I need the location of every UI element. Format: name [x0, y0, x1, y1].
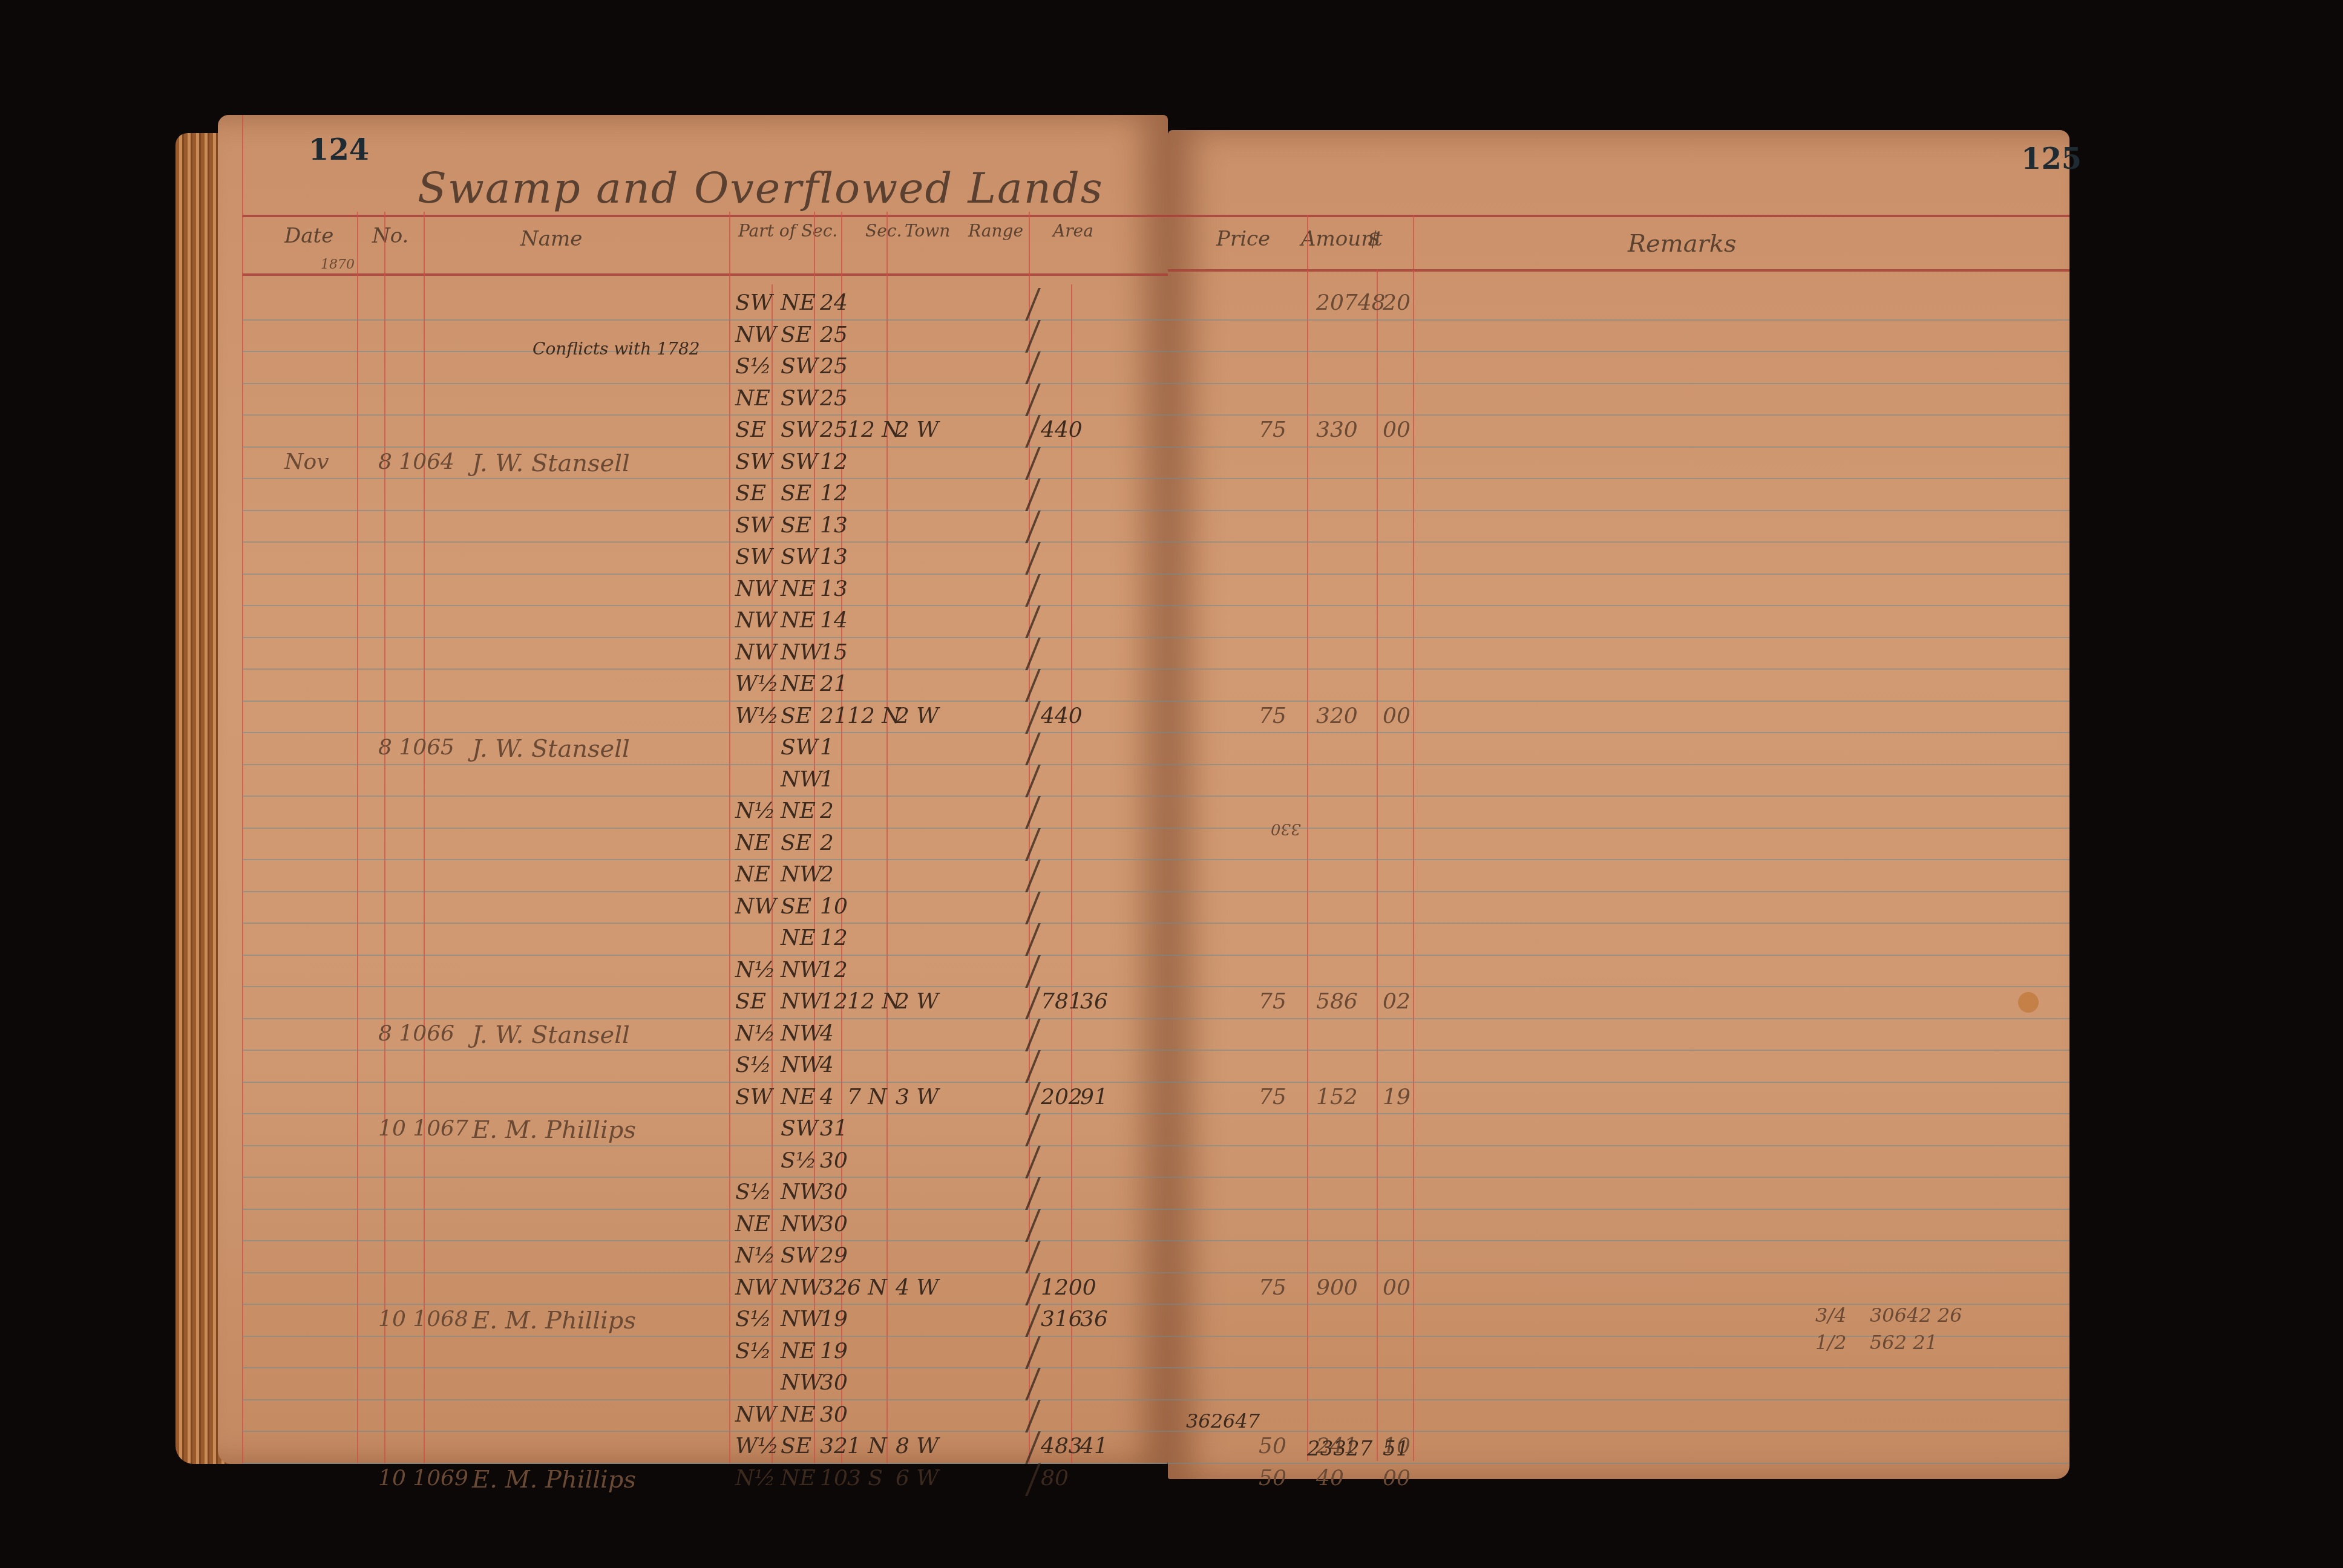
ruled-line	[1168, 1209, 2069, 1210]
header-remarks: Remarks	[1628, 230, 1736, 258]
check-mark-icon	[1025, 320, 1041, 353]
ruled-line	[242, 1272, 1168, 1273]
quarter-cell: NE	[781, 1402, 816, 1427]
area-cell: 781	[1041, 989, 1083, 1014]
amount-cell: 900	[1316, 1275, 1358, 1300]
ruled-line	[242, 891, 1168, 892]
ruled-line	[1168, 701, 2069, 702]
amount-cell: 330	[1316, 417, 1358, 442]
section-cell: 19	[820, 1307, 848, 1331]
part-of-section-cell: SW	[735, 513, 773, 538]
section-cell: 1	[820, 767, 834, 792]
range-cell: 3 W	[896, 1085, 939, 1109]
part-of-section-cell: NW	[735, 577, 777, 601]
cents-cell: 00	[1383, 704, 1411, 728]
check-mark-icon	[1025, 828, 1041, 861]
ruled-line	[1168, 1240, 2069, 1241]
section-cell: 2	[820, 862, 834, 887]
ruled-line	[1168, 1367, 2069, 1368]
quarter-cell: SW	[781, 449, 818, 474]
part-of-section-cell: SW	[735, 449, 773, 474]
ruled-line	[242, 446, 1168, 448]
ruled-line	[1168, 955, 2069, 956]
ruled-line	[1168, 414, 2069, 416]
quarter-cell: NW	[781, 989, 822, 1014]
part-of-section-cell: NE	[735, 831, 770, 855]
section-cell: 12	[820, 481, 848, 506]
section-cell: 32	[820, 1275, 848, 1300]
quarter-cell: NE	[781, 290, 816, 315]
price-cell: 75	[1259, 704, 1286, 728]
range-cell: 2 W	[896, 989, 939, 1014]
quarter-cell: NW	[781, 1180, 822, 1204]
ruled-line	[1168, 1463, 2069, 1464]
ruled-line	[242, 319, 1168, 321]
area-cell: 483	[1041, 1434, 1083, 1459]
check-mark-icon	[1025, 892, 1041, 924]
section-cell: 30	[820, 1402, 848, 1427]
check-mark-icon	[1025, 638, 1041, 670]
section-cell: 13	[820, 513, 848, 538]
part-of-section-cell: S½	[735, 1339, 772, 1364]
check-mark-icon	[1025, 987, 1041, 1019]
ruled-line	[1168, 1145, 2069, 1146]
section-cell: 2	[820, 831, 834, 855]
section-cell: 29	[820, 1243, 848, 1268]
ruled-line	[242, 1367, 1168, 1368]
ledger-title: Swamp and Overflowed Lands	[418, 163, 1104, 213]
ruled-line	[242, 668, 1168, 670]
ruled-line	[242, 1399, 1168, 1400]
section-cell: 4	[820, 1085, 834, 1109]
ruled-line	[1168, 1431, 2069, 1432]
name-cell: J. W. Stansell	[472, 735, 630, 763]
ruled-line	[242, 701, 1168, 702]
check-mark-icon	[1025, 288, 1041, 321]
quarter-cell: SW	[781, 544, 818, 569]
check-mark-icon	[1025, 384, 1041, 416]
section-cell: 10	[820, 1466, 848, 1491]
section-cell: 12	[820, 926, 848, 950]
date-cell: Nov	[284, 449, 329, 474]
ruled-line	[242, 1463, 1168, 1464]
part-of-section-cell: NE	[735, 386, 770, 411]
part-of-section-cell: NW	[735, 894, 777, 919]
ruled-line	[242, 1177, 1168, 1178]
page-number-right: 125	[2021, 142, 2082, 176]
quarter-cell: SE	[781, 481, 811, 506]
ruled-line	[1168, 891, 2069, 892]
ruled-line	[242, 541, 1168, 543]
ruled-line	[242, 1304, 1168, 1305]
town-cell: 12 N	[847, 989, 901, 1014]
check-mark-icon	[1025, 733, 1041, 765]
part-of-section-cell: SE	[735, 989, 766, 1014]
ruled-line	[1168, 541, 2069, 543]
quarter-cell: NE	[781, 926, 816, 950]
ruled-line	[1168, 668, 2069, 670]
grand-total-cents: 51	[1383, 1437, 1409, 1461]
section-cell: 25	[820, 417, 848, 442]
range-cell: 6 W	[896, 1466, 939, 1491]
left-page: 124 Swamp and Overflowed Lands Date No. …	[218, 115, 1168, 1464]
town-cell: 12 N	[847, 704, 901, 728]
column-divider	[1307, 215, 1308, 1461]
amount-cell: 152	[1316, 1085, 1358, 1109]
ruled-line	[242, 1113, 1168, 1114]
quarter-cell: NW	[781, 1212, 822, 1236]
cents-cell: 20	[1383, 290, 1411, 315]
quarter-cell: NE	[781, 1339, 816, 1364]
area-fraction-cell: 91	[1080, 1085, 1108, 1109]
part-of-section-cell: W½	[735, 671, 779, 696]
quarter-cell: SW	[781, 354, 818, 379]
check-mark-icon	[1025, 447, 1041, 480]
check-mark-icon	[1025, 1209, 1041, 1242]
quarter-cell: NE	[781, 799, 816, 823]
ruled-line	[242, 986, 1168, 987]
check-mark-icon	[1025, 351, 1041, 384]
check-mark-icon	[1025, 1050, 1041, 1083]
ruled-line	[242, 923, 1168, 924]
remark-fraction-1: 3/4	[1815, 1304, 1847, 1327]
check-mark-icon	[1025, 1431, 1041, 1464]
ruled-line	[242, 795, 1168, 797]
ruled-line	[1168, 764, 2069, 765]
conflict-note: Conflicts with 1782	[532, 339, 700, 359]
ruled-line	[1168, 510, 2069, 511]
quarter-cell: SW	[781, 735, 818, 760]
part-of-section-cell: SE	[735, 481, 766, 506]
part-of-section-cell: S½	[735, 354, 772, 379]
quarter-cell: SW	[781, 417, 818, 442]
quarter-cell: NE	[781, 577, 816, 601]
section-cell: 10	[820, 894, 848, 919]
quarter-cell: NE	[781, 1085, 816, 1109]
ruled-line	[1168, 986, 2069, 987]
name-cell: J. W. Stansell	[472, 1021, 630, 1049]
check-mark-icon	[1025, 1273, 1041, 1305]
quarter-cell: SW	[781, 1116, 818, 1141]
quarter-cell: NE	[781, 608, 816, 633]
header-sec: Sec.	[865, 221, 902, 241]
quarter-cell: NW	[781, 1021, 822, 1046]
quarter-cell: S½	[781, 1148, 817, 1173]
right-page: 125 Price Amount $ Remarks 2074820753300…	[1168, 130, 2069, 1479]
ruled-line	[242, 351, 1168, 352]
ruled-line	[1168, 795, 2069, 797]
ruled-line	[242, 1240, 1168, 1241]
header-no: No.	[372, 224, 408, 248]
ruled-line	[1168, 1399, 2069, 1400]
check-mark-icon	[1025, 606, 1041, 638]
quarter-cell: NW	[781, 1307, 822, 1331]
column-divider	[424, 212, 425, 1464]
part-of-section-cell: NW	[735, 322, 777, 347]
ruled-line	[242, 1336, 1168, 1337]
ruled-line	[242, 478, 1168, 479]
range-cell: 2 W	[896, 704, 939, 728]
area-fraction-cell: 41	[1080, 1434, 1108, 1459]
ruled-line	[242, 510, 1168, 511]
header-cents: $	[1368, 227, 1381, 251]
part-of-section-cell: W½	[735, 704, 779, 728]
header-price: Price	[1216, 227, 1270, 251]
check-mark-icon	[1025, 1114, 1041, 1146]
check-mark-icon	[1025, 1400, 1041, 1432]
ruled-line	[242, 605, 1168, 606]
quarter-cell: NE	[781, 671, 816, 696]
area-cell: 202	[1041, 1085, 1083, 1109]
entry-number-cell: 8 1066	[378, 1021, 454, 1046]
part-of-section-cell: NE	[735, 862, 770, 887]
column-divider	[357, 212, 358, 1464]
section-cell: 30	[820, 1180, 848, 1204]
ruled-line	[1168, 923, 2069, 924]
ruled-line	[242, 1145, 1168, 1146]
part-of-section-cell: S½	[735, 1053, 772, 1077]
header-name: Name	[520, 227, 582, 251]
check-mark-icon	[1025, 701, 1041, 734]
ruled-line	[242, 414, 1168, 416]
section-cell: 32	[820, 1434, 848, 1459]
section-cell: 1	[820, 735, 834, 760]
ruled-line	[1168, 828, 2069, 829]
section-cell: 13	[820, 577, 848, 601]
check-mark-icon	[1025, 542, 1041, 575]
section-cell: 30	[820, 1212, 848, 1236]
section-cell: 13	[820, 544, 848, 569]
part-of-section-cell: NW	[735, 1402, 777, 1427]
part-of-section-cell: N½	[735, 1466, 775, 1491]
town-cell: 1 N	[847, 1434, 887, 1459]
amount-cell: 586	[1316, 989, 1358, 1014]
ruled-line	[1168, 859, 2069, 860]
check-mark-icon	[1025, 574, 1041, 607]
name-cell: E. M. Phillips	[472, 1116, 636, 1144]
part-of-section-cell: NE	[735, 1212, 770, 1236]
entry-number-cell: 10 1068	[378, 1307, 468, 1331]
area-cell: 440	[1041, 704, 1083, 728]
part-of-section-cell: NW	[735, 608, 777, 633]
ruled-line	[242, 383, 1168, 384]
check-mark-icon	[1025, 923, 1041, 956]
ruled-line	[242, 1050, 1168, 1051]
ruled-line	[242, 1018, 1168, 1019]
area-cell: 1200	[1041, 1275, 1096, 1300]
ruled-line	[242, 828, 1168, 829]
check-mark-icon	[1025, 1177, 1041, 1210]
entry-number-cell: 8 1064	[378, 449, 454, 474]
section-cell: 25	[820, 386, 848, 411]
ruled-line	[1168, 573, 2069, 575]
ruled-line	[242, 1082, 1168, 1083]
part-of-section-cell: NW	[735, 1275, 777, 1300]
header-top-rule	[1168, 215, 2069, 217]
section-cell: 30	[820, 1370, 848, 1395]
margin-line	[242, 115, 243, 1464]
price-cell: 75	[1259, 1275, 1286, 1300]
entry-number-cell: 10 1069	[378, 1466, 468, 1491]
check-mark-icon	[1025, 1146, 1041, 1178]
remark-fraction-2: 1/2	[1815, 1331, 1847, 1354]
quarter-cell: SE	[781, 513, 811, 538]
part-of-section-cell: N½	[735, 958, 775, 982]
area-cell: 80	[1041, 1466, 1069, 1491]
ruled-line	[1168, 605, 2069, 606]
column-divider	[384, 212, 385, 1464]
header-bottom-rule	[1168, 269, 2069, 272]
ruled-line	[1168, 1177, 2069, 1178]
price-cell: 75	[1259, 1085, 1286, 1109]
year-note: 1870	[321, 257, 355, 272]
ruled-line	[242, 764, 1168, 765]
ruled-line	[242, 573, 1168, 575]
section-cell: 4	[820, 1053, 834, 1077]
column-divider	[1413, 215, 1414, 1461]
ruled-line	[1168, 478, 2069, 479]
town-cell: 3 S	[847, 1466, 883, 1491]
quarter-cell: SE	[781, 322, 811, 347]
name-cell: J. W. Stansell	[472, 449, 630, 477]
check-mark-icon	[1025, 860, 1041, 892]
check-mark-icon	[1025, 1463, 1041, 1496]
price-cell: 50	[1259, 1466, 1286, 1491]
header-part-of-sec: Part of Sec.	[738, 221, 837, 241]
ruled-line	[242, 637, 1168, 638]
check-mark-icon	[1025, 511, 1041, 543]
part-of-section-cell: W½	[735, 1434, 779, 1459]
cents-cell: 00	[1383, 417, 1411, 442]
part-of-section-cell: SW	[735, 544, 773, 569]
part-of-section-cell: N½	[735, 1021, 775, 1046]
remark-value-2: 562 21	[1870, 1331, 1938, 1354]
cents-cell: 19	[1383, 1085, 1411, 1109]
quarter-cell: NE	[781, 1466, 816, 1491]
grand-total: 23327	[1307, 1437, 1372, 1461]
part-of-section-cell: N½	[735, 1243, 775, 1268]
area-cell: 440	[1041, 417, 1083, 442]
part-of-section-cell: S½	[735, 1180, 772, 1204]
ruled-line	[1168, 351, 2069, 352]
section-cell: 12	[820, 449, 848, 474]
section-cell: 12	[820, 958, 848, 982]
quarter-cell: SE	[781, 894, 811, 919]
quarter-cell: NW	[781, 640, 822, 665]
check-mark-icon	[1025, 669, 1041, 702]
section-cell: 25	[820, 322, 848, 347]
section-cell: 12	[820, 989, 848, 1014]
price-cell: 75	[1259, 989, 1286, 1014]
section-cell: 4	[820, 1021, 834, 1046]
ruled-line	[242, 859, 1168, 860]
ruled-line	[1168, 1050, 2069, 1051]
check-mark-icon	[1025, 1241, 1041, 1273]
check-mark-icon	[1025, 1368, 1041, 1400]
check-mark-icon	[1025, 1019, 1041, 1051]
section-cell: 21	[820, 671, 848, 696]
section-cell: 24	[820, 290, 848, 315]
paper-stain	[2018, 992, 2039, 1013]
header-range: Range	[968, 221, 1023, 241]
part-of-section-cell: SW	[735, 1085, 773, 1109]
section-cell: 14	[820, 608, 848, 633]
section-cell: 21	[820, 704, 848, 728]
section-cell: 2	[820, 799, 834, 823]
town-cell: 12 N	[847, 417, 901, 442]
ruled-line	[1168, 1113, 2069, 1114]
quarter-cell: NW	[781, 1053, 822, 1077]
header-area: Area	[1053, 221, 1093, 241]
section-cell: 19	[820, 1339, 848, 1364]
page-number-left: 124	[309, 133, 369, 167]
entry-number-cell: 8 1065	[378, 735, 454, 760]
check-mark-icon	[1025, 765, 1041, 797]
part-of-section-cell: NW	[735, 640, 777, 665]
header-town: Town	[905, 221, 950, 241]
ruled-line	[242, 1209, 1168, 1210]
price-cell: 50	[1259, 1434, 1286, 1459]
check-mark-icon	[1025, 1082, 1041, 1115]
quarter-cell: NW	[781, 1370, 822, 1395]
check-mark-icon	[1025, 1336, 1041, 1369]
town-cell: 7 N	[847, 1085, 887, 1109]
quarter-cell: SE	[781, 1434, 811, 1459]
column-divider	[1377, 269, 1378, 1461]
range-cell: 8 W	[896, 1434, 939, 1459]
section-cell: 25	[820, 354, 848, 379]
ruled-line	[1168, 1272, 2069, 1273]
ruled-line	[1168, 1018, 2069, 1019]
left-total: 362647	[1186, 1410, 1260, 1432]
section-cell: 30	[820, 1148, 848, 1173]
check-mark-icon	[1025, 1304, 1041, 1337]
area-fraction-cell: 36	[1080, 989, 1108, 1014]
part-of-section-cell: SE	[735, 417, 766, 442]
part-of-section-cell: S½	[735, 1307, 772, 1331]
ruled-line	[242, 1431, 1168, 1432]
town-cell: 6 N	[847, 1275, 887, 1300]
range-cell: 4 W	[896, 1275, 939, 1300]
ruled-line	[1168, 383, 2069, 384]
quarter-cell: SW	[781, 1243, 818, 1268]
ruled-line	[1168, 637, 2069, 638]
area-fraction-cell: 36	[1080, 1307, 1108, 1331]
remark-value-1: 30642 26	[1870, 1304, 1962, 1327]
quarter-cell: SE	[781, 704, 811, 728]
check-mark-icon	[1025, 415, 1041, 448]
ruled-line	[242, 955, 1168, 956]
amount-cell: 40	[1316, 1466, 1344, 1491]
name-cell: E. M. Phillips	[472, 1307, 636, 1334]
ruled-line	[1168, 446, 2069, 448]
ruled-line	[1168, 319, 2069, 321]
amount-cell: 20748	[1316, 290, 1386, 315]
ruled-line	[242, 732, 1168, 733]
check-mark-icon	[1025, 479, 1041, 511]
area-cell: 316	[1041, 1307, 1083, 1331]
range-cell: 2 W	[896, 417, 939, 442]
price-cell: 75	[1259, 417, 1286, 442]
section-cell: 31	[820, 1116, 848, 1141]
cents-cell: 00	[1383, 1275, 1411, 1300]
quarter-cell: NW	[781, 862, 822, 887]
column-divider	[729, 212, 730, 1464]
quarter-cell: NW	[781, 1275, 822, 1300]
name-cell: E. M. Phillips	[472, 1466, 636, 1494]
amount-cell: 320	[1316, 704, 1358, 728]
entry-number-cell: 10 1067	[378, 1116, 468, 1141]
